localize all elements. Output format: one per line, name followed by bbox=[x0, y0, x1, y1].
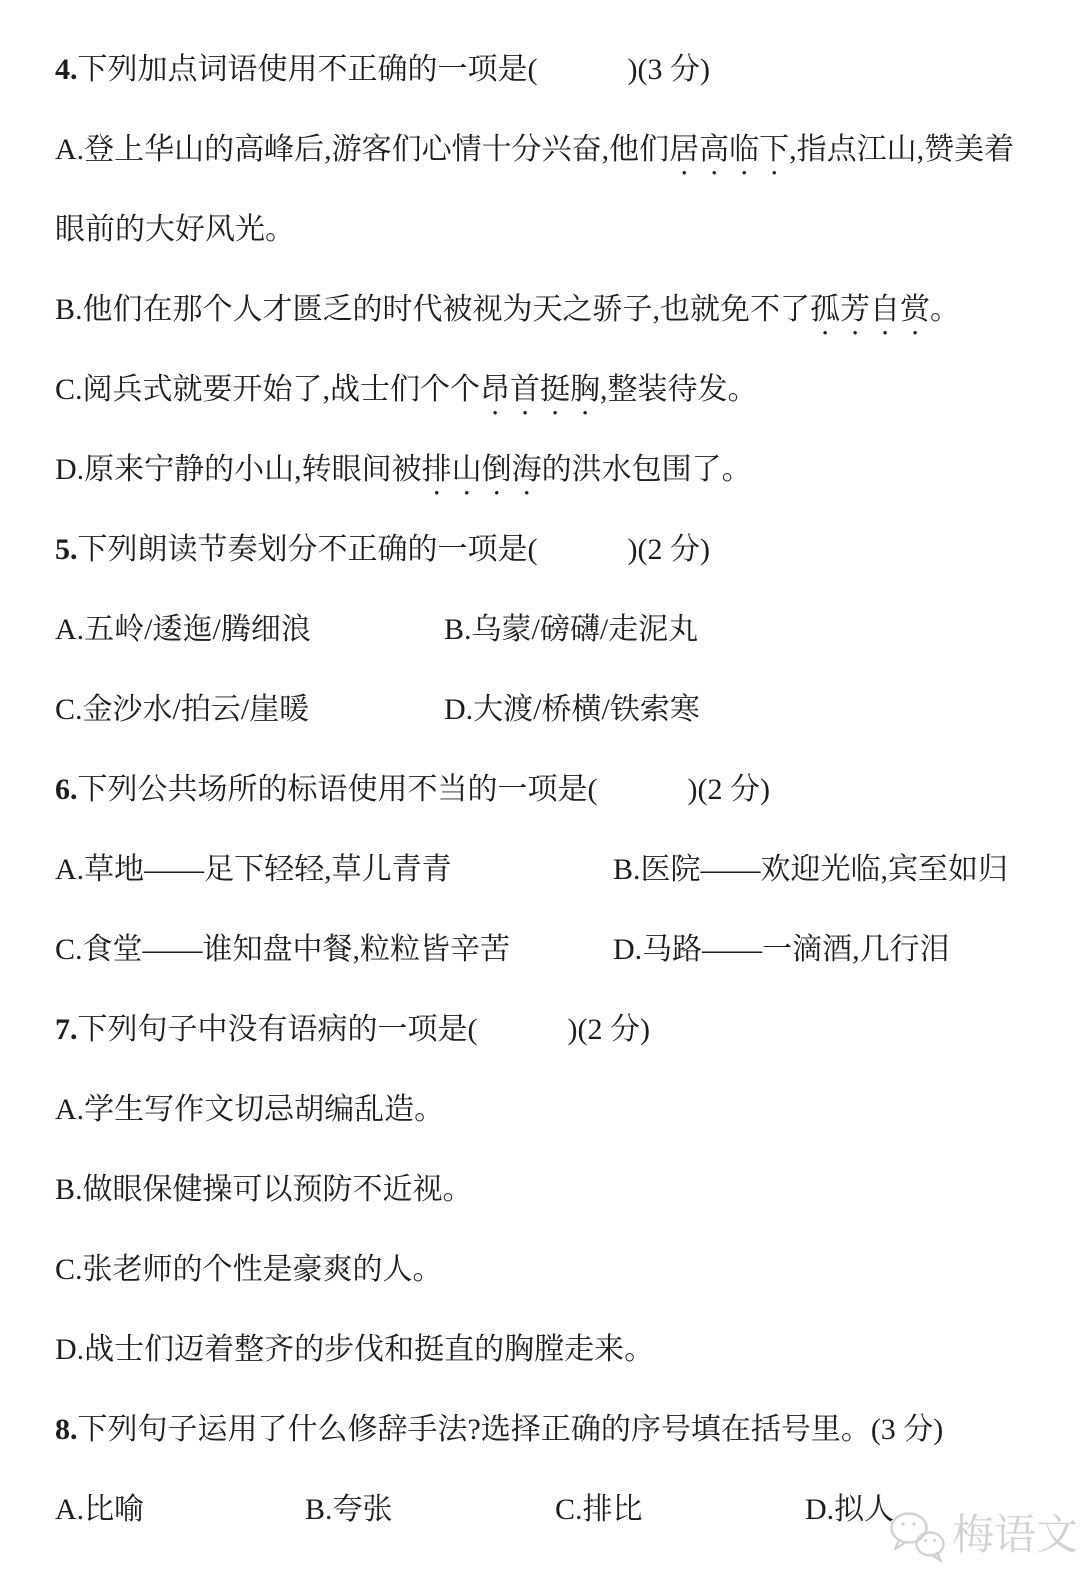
question-7-option-a: A.学生写作文切忌胡编乱造。 bbox=[55, 1070, 1040, 1150]
question-7-option-b: B.做眼保健操可以预防不近视。 bbox=[55, 1150, 1040, 1230]
question-7-text: 下列句子中没有语病的一项是( )(2 分) bbox=[78, 1013, 650, 1046]
test-paper: 4.下列加点词语使用不正确的一项是( )(3 分) A.登上华山的高峰后,游客们… bbox=[55, 30, 1040, 1550]
question-6-text: 下列公共场所的标语使用不当的一项是( )(2 分) bbox=[78, 773, 770, 806]
question-4-stem: 4.下列加点词语使用不正确的一项是( )(3 分) bbox=[55, 30, 1040, 110]
question-8-stem: 8.下列句子运用了什么修辞手法?选择正确的序号填在括号里。(3 分) bbox=[55, 1390, 1040, 1470]
question-4-text: 下列加点词语使用不正确的一项是( )(3 分) bbox=[78, 53, 710, 86]
question-7-option-d: D.战士们迈着整齐的步伐和挺直的胸膛走来。 bbox=[55, 1310, 1040, 1390]
watermark-label: 梅语文 bbox=[952, 1515, 1078, 1557]
question-7-stem: 7.下列句子中没有语病的一项是( )(2 分) bbox=[55, 990, 1040, 1070]
question-4-option-c: C.阅兵式就要开始了,战士们个个昂首挺胸,整装待发。 bbox=[55, 350, 1040, 430]
option-text: C.阅兵式就要开始了,战士们个个 bbox=[55, 373, 480, 406]
question-5-stem: 5.下列朗读节奏划分不正确的一项是( )(2 分) bbox=[55, 510, 1040, 590]
question-4-option-d: D.原来宁静的小山,转眼间被排山倒海的洪水包围了。 bbox=[55, 430, 1040, 510]
question-8-text: 下列句子运用了什么修辞手法?选择正确的序号填在括号里。(3 分) bbox=[78, 1413, 944, 1446]
emphasized-phrase: 昂首挺胸 bbox=[480, 373, 600, 406]
question-7-number: 7. bbox=[55, 1013, 78, 1046]
question-8-option-c: C.排比 bbox=[555, 1470, 805, 1550]
option-text: D.原来宁静的小山,转眼间被 bbox=[55, 453, 422, 486]
emphasized-phrase: 排山倒海 bbox=[422, 453, 542, 486]
option-text: A.登上华山的高峰后,游客们心情十分兴奋,他们 bbox=[55, 133, 669, 166]
question-5-option-b: B.乌蒙/磅礴/走泥丸 bbox=[444, 590, 698, 670]
option-text: 的洪水包围了。 bbox=[542, 453, 752, 486]
question-6-option-a: A.草地——足下轻轻,草儿青青 bbox=[55, 830, 613, 910]
question-5-option-c: C.金沙水/拍云/崖暖 bbox=[55, 670, 444, 750]
emphasized-phrase: 居高临下 bbox=[669, 133, 789, 166]
question-6-stem: 6.下列公共场所的标语使用不当的一项是( )(2 分) bbox=[55, 750, 1040, 830]
question-6-option-c: C.食堂——谁知盘中餐,粒粒皆辛苦 bbox=[55, 910, 613, 990]
question-6-option-b: B.医院——欢迎光临,宾至如归 bbox=[613, 830, 1008, 910]
question-8-option-a: A.比喻 bbox=[55, 1470, 305, 1550]
question-6-options-row-2: C.食堂——谁知盘中餐,粒粒皆辛苦D.马路——一滴酒,几行泪 bbox=[55, 910, 1040, 990]
question-6-option-d: D.马路——一滴酒,几行泪 bbox=[613, 910, 950, 990]
emphasized-phrase: 孤芳自赏 bbox=[810, 293, 930, 326]
question-8-option-b: B.夸张 bbox=[305, 1470, 555, 1550]
question-4-number: 4. bbox=[55, 53, 78, 86]
question-5-option-a: A.五岭/逶迤/腾细浪 bbox=[55, 590, 444, 670]
question-5-text: 下列朗读节奏划分不正确的一项是( )(2 分) bbox=[78, 533, 710, 566]
option-text: ,整装待发。 bbox=[600, 373, 758, 406]
question-4-option-a: A.登上华山的高峰后,游客们心情十分兴奋,他们居高临下,指点江山,赞美着眼前的大… bbox=[55, 110, 1040, 270]
question-4-option-b: B.他们在那个人才匮乏的时代被视为天之骄子,也就免不了孤芳自赏。 bbox=[55, 270, 1040, 350]
option-text: 。 bbox=[930, 293, 960, 326]
question-5-options-row-1: A.五岭/逶迤/腾细浪B.乌蒙/磅礴/走泥丸 bbox=[55, 590, 1040, 670]
watermark: 梅语文 bbox=[886, 1509, 1078, 1563]
question-8-number: 8. bbox=[55, 1413, 78, 1446]
question-7-option-c: C.张老师的个性是豪爽的人。 bbox=[55, 1230, 1040, 1310]
question-8-option-d: D.拟人 bbox=[805, 1470, 894, 1550]
option-text: B.他们在那个人才匮乏的时代被视为天之骄子,也就免不了 bbox=[55, 293, 810, 326]
question-6-number: 6. bbox=[55, 773, 78, 806]
question-5-number: 5. bbox=[55, 533, 78, 566]
question-5-options-row-2: C.金沙水/拍云/崖暖D.大渡/桥横/铁索寒 bbox=[55, 670, 1040, 750]
wechat-icon bbox=[886, 1509, 948, 1563]
question-5-option-d: D.大渡/桥横/铁索寒 bbox=[444, 670, 700, 750]
question-6-options-row-1: A.草地——足下轻轻,草儿青青B.医院——欢迎光临,宾至如归 bbox=[55, 830, 1040, 910]
